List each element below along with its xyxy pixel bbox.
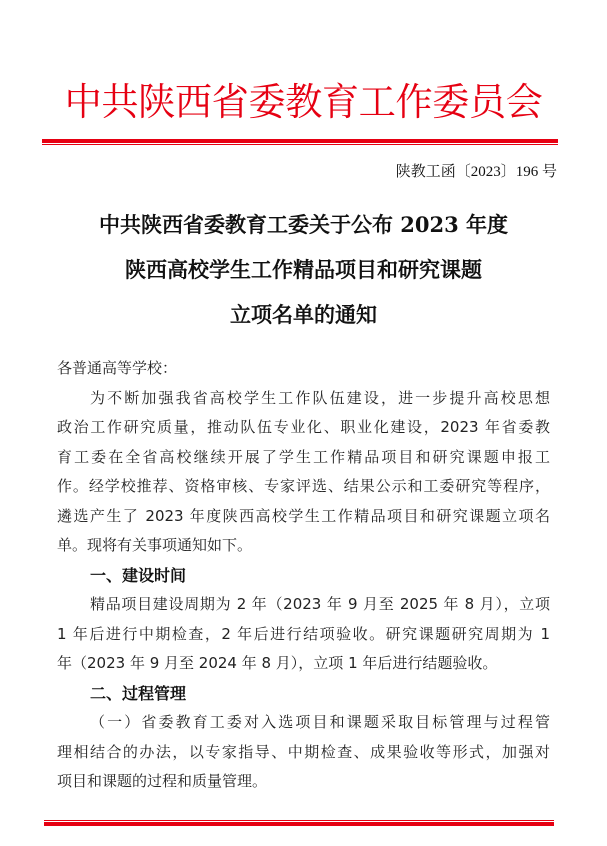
letterhead-divider — [42, 139, 558, 145]
section1-line: 精品项目建设周期为 2 年（2023 年 9 月至 2025 年 8 月），立项 — [57, 590, 550, 620]
letterhead-title: 中共陕西省委教育工作委员会 — [6, 78, 601, 126]
document-number: 陕教工函〔2023〕196 号 — [396, 161, 557, 183]
intro-line: 政治工作研究质量，推动队伍专业化、职业化建设，2023 年省委教 — [57, 413, 550, 443]
intro-line: 作。经学校推荐、资格审核、专家评选、结果公示和工委研究等程序， — [57, 472, 550, 502]
section-heading-construction-time: 一、建设时间 — [57, 561, 550, 591]
footer-divider — [44, 820, 554, 826]
intro-line: 单。现将有关事项通知如下。 — [57, 531, 550, 561]
section1-line: 年（2023 年 9 月至 2024 年 8 月），立项 1 年后进行结题验收。 — [57, 649, 550, 679]
notice-headline: 中共陕西省委教育工委关于公布 2023 年度 陕西高校学生工作精品项目和研究课题… — [0, 202, 607, 337]
divider-thin-line — [42, 144, 558, 145]
headline-line-2: 陕西高校学生工作精品项目和研究课题 — [0, 247, 607, 292]
intro-line: 育工委在全省高校继续开展了学生工作精品项目和研究课题申报工 — [57, 443, 550, 473]
salutation: 各普通高等学校： — [57, 354, 550, 384]
footer-divider-thick-line — [44, 822, 554, 826]
intro-line: 遴选产生了 2023 年度陕西高校学生工作精品项目和研究课题立项名 — [57, 502, 550, 532]
section2-line: 理相结合的办法，以专家指导、中期检查、成果验收等形式，加强对 — [57, 738, 550, 768]
document-body: 各普通高等学校： 为不断加强我省高校学生工作队伍建设，进一步提升高校思想 政治工… — [57, 354, 550, 797]
section2-line: （一）省委教育工委对入选项目和课题采取目标管理与过程管 — [57, 708, 550, 738]
headline-line-1: 中共陕西省委教育工委关于公布 2023 年度 — [0, 202, 607, 247]
intro-line: 为不断加强我省高校学生工作队伍建设，进一步提升高校思想 — [57, 384, 550, 414]
headline-line-3: 立项名单的通知 — [0, 292, 607, 337]
section2-line: 项目和课题的过程和质量管理。 — [57, 767, 550, 797]
section1-line: 1 年后进行中期检查，2 年后进行结项验收。研究课题研究周期为 1 — [57, 620, 550, 650]
section-heading-process-management: 二、过程管理 — [57, 679, 550, 709]
